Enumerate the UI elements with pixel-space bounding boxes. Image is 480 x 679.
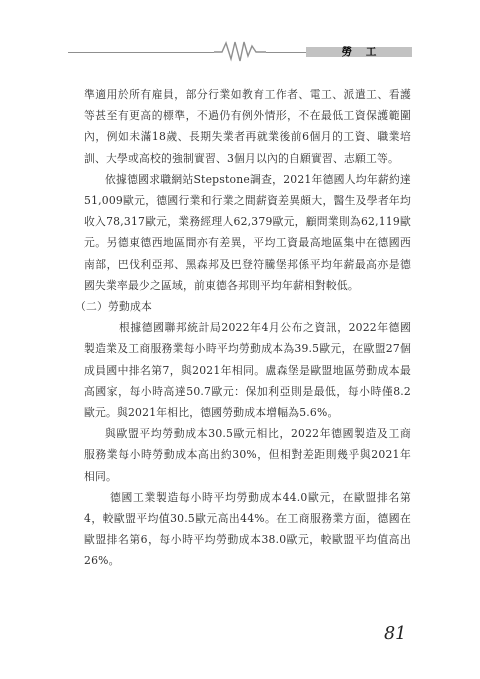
paragraph: 依據德國求職網站Stepstone調查，2021年德國人均年薪約達51,009歐… [84, 169, 411, 296]
page-number: 81 [384, 624, 406, 644]
paragraph: 與歐盟平均勞動成本30.5歐元相比，2022年德國製造及工商服務業每小時勞動成本… [84, 423, 411, 487]
header-rule-right [266, 52, 306, 53]
section-heading: （二）勞動成本 [75, 296, 411, 317]
zigzag-pulse-icon [214, 38, 266, 66]
header-section-label: 勞 工 [337, 47, 382, 57]
document-body: 準適用於所有雇員，部分行業如教育工作者、電工、派遣工、看護等甚至有更高的標準，不… [84, 84, 411, 572]
document-page: 勞 工 準適用於所有雇員，部分行業如教育工作者、電工、派遣工、看護等甚至有更高的… [0, 0, 480, 679]
header-section-bar: 勞 工 [306, 47, 412, 57]
paragraph: 準適用於所有雇員，部分行業如教育工作者、電工、派遣工、看護等甚至有更高的標準，不… [84, 84, 411, 169]
header-rule-left [68, 52, 214, 53]
paragraph: 根據德國聯邦統計局2022年4月公布之資訊，2022年德國製造業及工商服務業每小… [84, 317, 411, 423]
paragraph: 德國工業製造每小時平均勞動成本44.0歐元，在歐盟排名第4，較歐盟平均值30.5… [84, 487, 411, 572]
